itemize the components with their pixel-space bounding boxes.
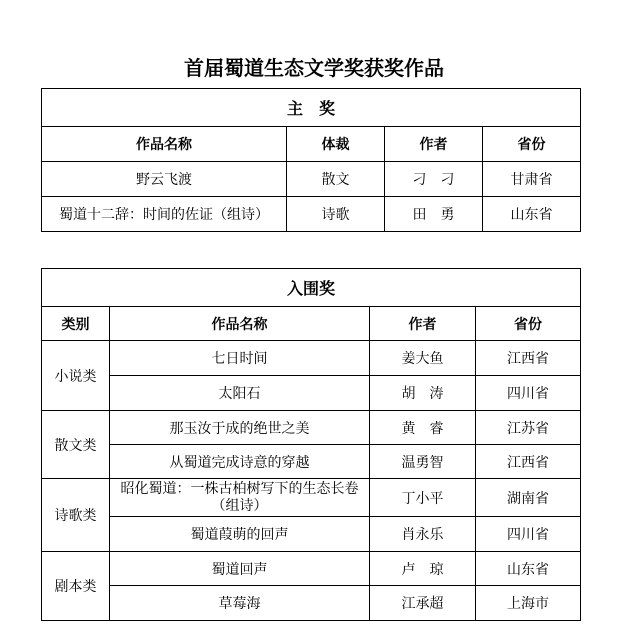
category: 小说类 [42,341,110,411]
table-row: 野云飞渡 散文 刁 刁 甘肃省 [42,162,581,197]
province: 甘肃省 [483,162,581,197]
finalist-award-table: 入围奖 类别 作品名称 作者 省份 小说类 七日时间 姜大鱼 江西省 太阳石 胡… [41,268,581,621]
main-award-heading-row: 主 奖 [42,89,581,127]
column-header-category: 类别 [42,307,110,341]
table-row: 剧本类 蜀道回声 卢 琼 山东省 [42,552,581,586]
work-title: 太阳石 [110,376,370,411]
column-header-work: 作品名称 [110,307,370,341]
province: 四川省 [476,376,581,411]
author: 肖永乐 [370,517,476,552]
category: 剧本类 [42,552,110,621]
province: 山东省 [483,197,581,232]
table-row: 散文类 那玉汝于成的绝世之美 黄 睿 江苏省 [42,411,581,445]
province: 上海市 [476,586,581,621]
table-row: 小说类 七日时间 姜大鱼 江西省 [42,341,581,376]
work-title: 那玉汝于成的绝世之美 [110,411,370,445]
author: 田 勇 [385,197,483,232]
genre: 诗歌 [287,197,385,232]
column-header-row: 类别 作品名称 作者 省份 [42,307,581,341]
table-row: 从蜀道完成诗意的穿越 温勇智 江西省 [42,445,581,479]
column-header-row: 作品名称 体裁 作者 省份 [42,127,581,162]
province: 江西省 [476,341,581,376]
author: 黄 睿 [370,411,476,445]
category: 散文类 [42,411,110,479]
work-title: 蜀道十二辞：时间的佐证（组诗） [42,197,287,232]
column-header-province: 省份 [476,307,581,341]
author: 姜大鱼 [370,341,476,376]
province: 四川省 [476,517,581,552]
table-row: 草莓海 江承超 上海市 [42,586,581,621]
author: 卢 琼 [370,552,476,586]
column-header-province: 省份 [483,127,581,162]
author: 江承超 [370,586,476,621]
author: 温勇智 [370,445,476,479]
column-header-genre: 体裁 [287,127,385,162]
table-row: 蜀道十二辞：时间的佐证（组诗） 诗歌 田 勇 山东省 [42,197,581,232]
province: 江西省 [476,445,581,479]
work-title: 草莓海 [110,586,370,621]
main-award-heading: 主 奖 [42,89,581,127]
finalist-award-heading: 入围奖 [42,269,581,307]
province: 湖南省 [476,479,581,517]
work-title: 蜀道葭萌的回声 [110,517,370,552]
genre: 散文 [287,162,385,197]
table-row: 蜀道葭萌的回声 肖永乐 四川省 [42,517,581,552]
column-header-author: 作者 [370,307,476,341]
author: 丁小平 [370,479,476,517]
author: 胡 涛 [370,376,476,411]
table-row: 太阳石 胡 涛 四川省 [42,376,581,411]
finalist-award-heading-row: 入围奖 [42,269,581,307]
main-award-table: 主 奖 作品名称 体裁 作者 省份 野云飞渡 散文 刁 刁 甘肃省 蜀道十二辞：… [41,88,581,232]
province: 江苏省 [476,411,581,445]
work-title: 昭化蜀道：一株古柏树写下的生态长卷（组诗） [110,479,370,517]
author: 刁 刁 [385,162,483,197]
province: 山东省 [476,552,581,586]
work-title: 野云飞渡 [42,162,287,197]
table-row: 诗歌类 昭化蜀道：一株古柏树写下的生态长卷（组诗） 丁小平 湖南省 [42,479,581,517]
work-title: 七日时间 [110,341,370,376]
work-title: 蜀道回声 [110,552,370,586]
column-header-work: 作品名称 [42,127,287,162]
page-title: 首届蜀道生态文学奖获奖作品 [0,55,621,81]
category: 诗歌类 [42,479,110,552]
column-header-author: 作者 [385,127,483,162]
work-title: 从蜀道完成诗意的穿越 [110,445,370,479]
